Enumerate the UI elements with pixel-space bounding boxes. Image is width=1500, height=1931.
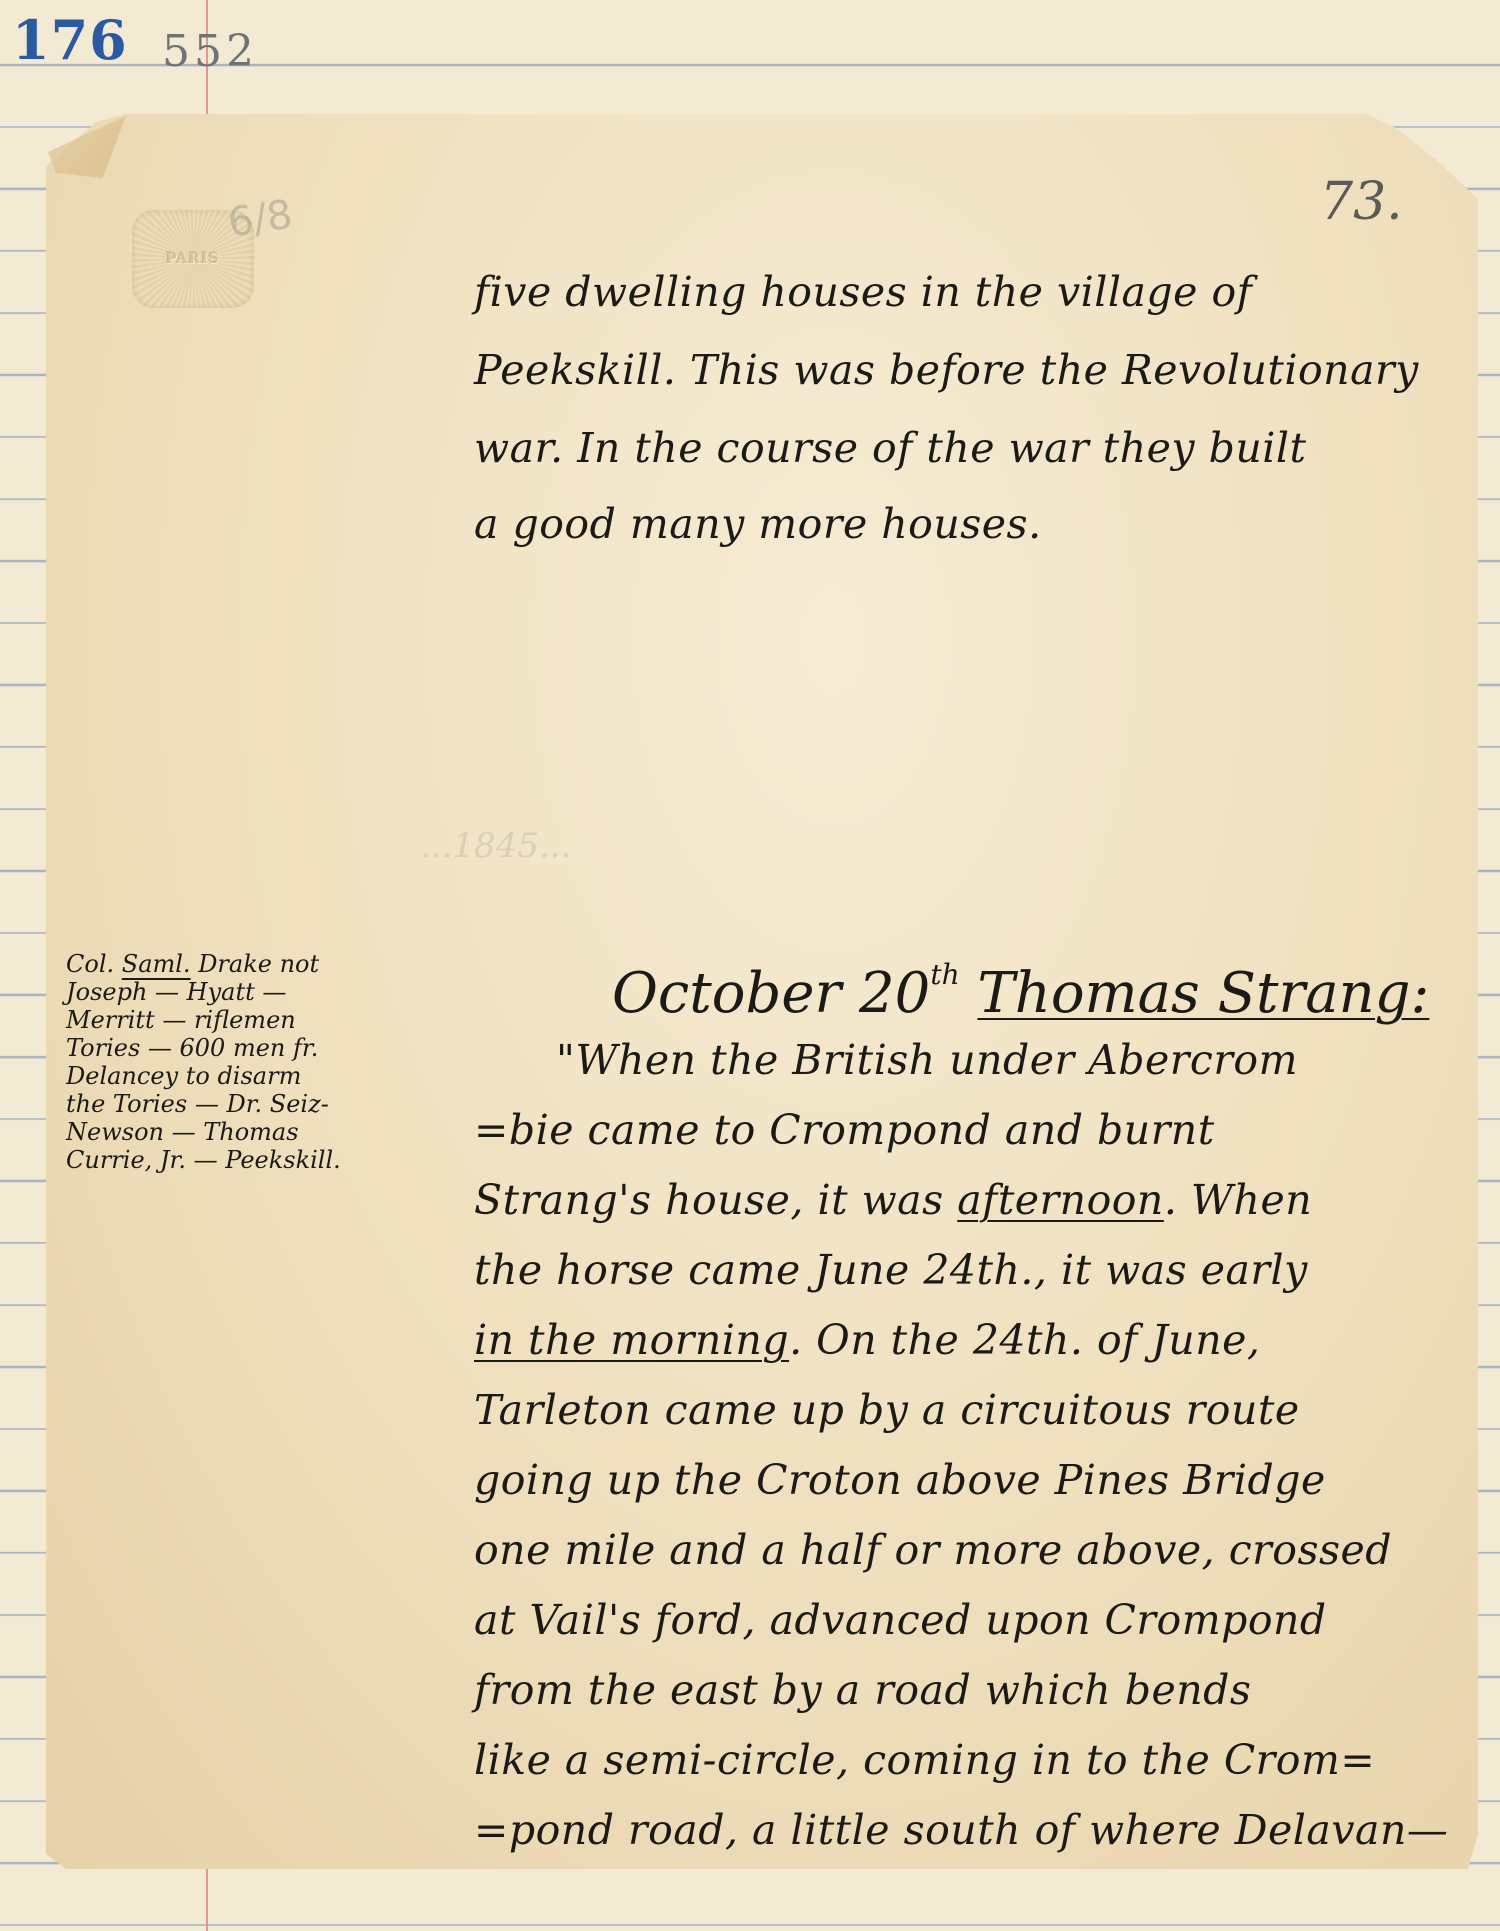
entry-person-name: Thomas Strang:: [977, 961, 1429, 1026]
entry-line: from the east by a road which bends: [474, 1666, 1251, 1714]
margin-note-text: Col.: [66, 950, 122, 978]
top-passage-line: five dwelling houses in the village of: [474, 268, 1252, 316]
margin-note-underlined: Saml.: [122, 950, 191, 978]
entry-line: =bie came to Crompond and burnt: [474, 1106, 1215, 1154]
top-passage-line: war. In the course of the war they built: [474, 424, 1306, 472]
page-number: 73.: [1320, 172, 1403, 232]
entry-line: one mile and a half or more above, cross…: [474, 1526, 1392, 1574]
entry-text: Strang's house, it was: [474, 1176, 957, 1224]
margin-note-line: Col. Saml. Drake not: [66, 950, 341, 978]
margin-note-text: Drake not: [191, 950, 320, 978]
margin-note-line: Tories — 600 men fr.: [66, 1034, 341, 1062]
emphasized-word: afternoon: [957, 1176, 1164, 1224]
margin-note: Col. Saml. Drake not Joseph — Hyatt — Me…: [66, 950, 341, 1174]
entry-date-ordinal: th: [930, 958, 959, 991]
entry-line: going up the Croton above Pines Bridge: [474, 1456, 1326, 1504]
margin-note-line: Newson — Thomas: [66, 1118, 341, 1146]
entry-line: "When the British under Abercrom: [556, 1036, 1298, 1084]
entry-line: in the morning. On the 24th. of June,: [474, 1316, 1260, 1364]
top-passage-line: a good many more houses.: [474, 500, 1042, 548]
margin-note-line: Currie, Jr. — Peekskill.: [66, 1146, 341, 1174]
entry-heading: October 20th Thomas Strang:: [612, 958, 1429, 1026]
emboss-stamp-text: PARIS: [166, 251, 220, 267]
entry-text: . On the 24th. of June,: [789, 1316, 1260, 1364]
entry-line: =pond road, a little south of where Dela…: [474, 1806, 1448, 1854]
entry-text: . When: [1164, 1176, 1312, 1224]
margin-note-line: the Tories — Dr. Seiz-: [66, 1090, 341, 1118]
ledger-volume-number: 176: [12, 8, 128, 72]
entry-date: October 20: [612, 961, 930, 1026]
top-passage-line: Peekskill. This was before the Revolutio…: [474, 346, 1419, 394]
entry-line: like a semi-circle, coming in to the Cro…: [474, 1736, 1375, 1784]
entry-line: at Vail's ford, advanced upon Crompond: [474, 1596, 1327, 1644]
faint-pencil-note: ...1845...: [420, 826, 571, 866]
struck-text: in the morning: [474, 1316, 789, 1364]
ledger-folio-number: 552: [162, 26, 258, 77]
margin-note-line: Delancey to disarm: [66, 1062, 341, 1090]
margin-note-line: Merritt — riflemen: [66, 1006, 341, 1034]
entry-line: Tarleton came up by a circuitous route: [474, 1386, 1300, 1434]
pencil-mark: 6/8: [225, 192, 295, 247]
entry-line: the horse came June 24th., it was early: [474, 1246, 1308, 1294]
margin-note-line: Joseph — Hyatt —: [66, 978, 341, 1006]
entry-line: Strang's house, it was afternoon. When: [474, 1176, 1312, 1224]
